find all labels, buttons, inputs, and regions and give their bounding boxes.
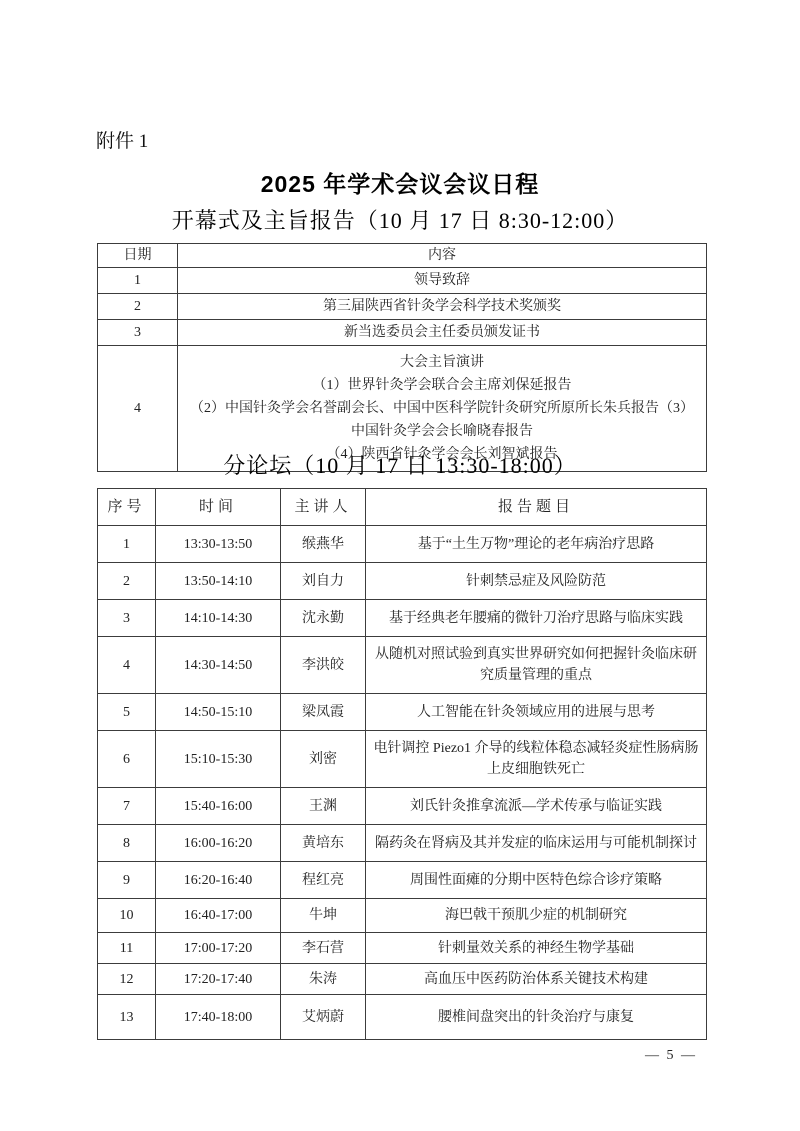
speaker-cell: 李石营	[281, 933, 366, 964]
time-cell: 13:50-14:10	[156, 563, 281, 600]
time-cell: 17:20-17:40	[156, 964, 281, 995]
time-cell: 15:40-16:00	[156, 788, 281, 825]
time-cell: 14:50-15:10	[156, 694, 281, 731]
no-cell: 2	[98, 563, 156, 600]
opening-table-header-row: 日期 内容	[98, 244, 707, 268]
table-row: 2 第三届陕西省针灸学会科学技术奖颁奖	[98, 294, 707, 320]
speaker-cell: 艾炳蔚	[281, 995, 366, 1040]
page-number: — 5 —	[645, 1048, 697, 1064]
table-row: 1 13:30-13:50 缑燕华 基于“土生万物”理论的老年病治疗思路	[98, 526, 707, 563]
no-cell: 10	[98, 899, 156, 933]
speaker-cell: 刘密	[281, 731, 366, 788]
speaker-cell: 黄培东	[281, 825, 366, 862]
keynote-line: （2）中国针灸学会名誉副会长、中国中医科学院针灸研究所原所长朱兵报告（3）中国针…	[186, 397, 698, 443]
time-cell: 17:40-18:00	[156, 995, 281, 1040]
time-cell: 16:00-16:20	[156, 825, 281, 862]
table-row: 6 15:10-15:30 刘密 电针调控 Piezo1 介导的线粒体稳态减轻炎…	[98, 731, 707, 788]
table-row: 11 17:00-17:20 李石营 针刺量效关系的神经生物学基础	[98, 933, 707, 964]
forum-table: 序号 时间 主讲人 报告题目 1 13:30-13:50 缑燕华 基于“土生万物…	[97, 488, 707, 1040]
document-page: 附件 1 2025 年学术会议会议日程 开幕式及主旨报告（10 月 17 日 8…	[0, 0, 800, 1131]
no-cell: 11	[98, 933, 156, 964]
opening-section-heading: 开幕式及主旨报告（10 月 17 日 8:30-12:00）	[0, 204, 800, 235]
table-row: 10 16:40-17:00 牛坤 海巴戟干预肌少症的机制研究	[98, 899, 707, 933]
title-cell: 针刺禁忌症及风险防范	[366, 563, 707, 600]
no-cell: 12	[98, 964, 156, 995]
no-cell: 9	[98, 862, 156, 899]
table-row: 3 新当选委员会主任委员颁发证书	[98, 320, 707, 346]
speaker-cell: 李洪皎	[281, 637, 366, 694]
table-row: 3 14:10-14:30 沈永勤 基于经典老年腰痛的微针刀治疗思路与临床实践	[98, 600, 707, 637]
title-cell: 隔药灸在肾病及其并发症的临床运用与可能机制探讨	[366, 825, 707, 862]
document-title: 2025 年学术会议会议日程	[0, 166, 800, 199]
content-cell: 领导致辞	[178, 268, 707, 294]
column-header-date: 日期	[98, 244, 178, 268]
title-cell: 基于经典老年腰痛的微针刀治疗思路与临床实践	[366, 600, 707, 637]
attachment-label: 附件 1	[96, 126, 148, 153]
speaker-cell: 王渊	[281, 788, 366, 825]
column-header-speaker: 主讲人	[281, 489, 366, 526]
time-cell: 15:10-15:30	[156, 731, 281, 788]
content-cell: 新当选委员会主任委员颁发证书	[178, 320, 707, 346]
speaker-cell: 刘自力	[281, 563, 366, 600]
time-cell: 16:40-17:00	[156, 899, 281, 933]
column-header-no: 序号	[98, 489, 156, 526]
no-cell: 3	[98, 600, 156, 637]
no-cell: 13	[98, 995, 156, 1040]
content-cell: 第三届陕西省针灸学会科学技术奖颁奖	[178, 294, 707, 320]
title-cell: 腰椎间盘突出的针灸治疗与康复	[366, 995, 707, 1040]
opening-table: 日期 内容 1 领导致辞 2 第三届陕西省针灸学会科学技术奖颁奖 3 新当选委员…	[97, 243, 707, 472]
table-row: 5 14:50-15:10 梁凤霞 人工智能在针灸领域应用的进展与思考	[98, 694, 707, 731]
column-header-content: 内容	[178, 244, 707, 268]
table-row: 8 16:00-16:20 黄培东 隔药灸在肾病及其并发症的临床运用与可能机制探…	[98, 825, 707, 862]
no-cell: 8	[98, 825, 156, 862]
table-row: 7 15:40-16:00 王渊 刘氏针灸推拿流派—学术传承与临证实践	[98, 788, 707, 825]
speaker-cell: 缑燕华	[281, 526, 366, 563]
time-cell: 14:30-14:50	[156, 637, 281, 694]
title-cell: 周围性面瘫的分期中医特色综合诊疗策略	[366, 862, 707, 899]
speaker-cell: 程红亮	[281, 862, 366, 899]
title-cell: 高血压中医药防治体系关键技术构建	[366, 964, 707, 995]
title-cell: 刘氏针灸推拿流派—学术传承与临证实践	[366, 788, 707, 825]
date-cell: 1	[98, 268, 178, 294]
column-header-title: 报告题目	[366, 489, 707, 526]
table-row: 13 17:40-18:00 艾炳蔚 腰椎间盘突出的针灸治疗与康复	[98, 995, 707, 1040]
title-cell: 电针调控 Piezo1 介导的线粒体稳态减轻炎症性肠病肠上皮细胞铁死亡	[366, 731, 707, 788]
table-row: 12 17:20-17:40 朱涛 高血压中医药防治体系关键技术构建	[98, 964, 707, 995]
table-row: 4 14:30-14:50 李洪皎 从随机对照试验到真实世界研究如何把握针灸临床…	[98, 637, 707, 694]
date-cell: 2	[98, 294, 178, 320]
title-cell: 人工智能在针灸领域应用的进展与思考	[366, 694, 707, 731]
table-row: 1 领导致辞	[98, 268, 707, 294]
table-row: 9 16:20-16:40 程红亮 周围性面瘫的分期中医特色综合诊疗策略	[98, 862, 707, 899]
title-cell: 海巴戟干预肌少症的机制研究	[366, 899, 707, 933]
time-cell: 13:30-13:50	[156, 526, 281, 563]
speaker-cell: 朱涛	[281, 964, 366, 995]
keynote-line: （1）世界针灸学会联合会主席刘保延报告	[186, 374, 698, 397]
title-cell: 基于“土生万物”理论的老年病治疗思路	[366, 526, 707, 563]
title-cell: 针刺量效关系的神经生物学基础	[366, 933, 707, 964]
keynote-line: 大会主旨演讲	[186, 351, 698, 374]
no-cell: 5	[98, 694, 156, 731]
title-cell: 从随机对照试验到真实世界研究如何把握针灸临床研究质量管理的重点	[366, 637, 707, 694]
table-row: 2 13:50-14:10 刘自力 针刺禁忌症及风险防范	[98, 563, 707, 600]
speaker-cell: 梁凤霞	[281, 694, 366, 731]
no-cell: 4	[98, 637, 156, 694]
column-header-time: 时间	[156, 489, 281, 526]
forum-table-header-row: 序号 时间 主讲人 报告题目	[98, 489, 707, 526]
no-cell: 6	[98, 731, 156, 788]
time-cell: 14:10-14:30	[156, 600, 281, 637]
time-cell: 17:00-17:20	[156, 933, 281, 964]
speaker-cell: 沈永勤	[281, 600, 366, 637]
time-cell: 16:20-16:40	[156, 862, 281, 899]
date-cell: 3	[98, 320, 178, 346]
speaker-cell: 牛坤	[281, 899, 366, 933]
forum-section-heading: 分论坛（10 月 17 日 13:30-18:00）	[0, 449, 800, 480]
no-cell: 7	[98, 788, 156, 825]
no-cell: 1	[98, 526, 156, 563]
